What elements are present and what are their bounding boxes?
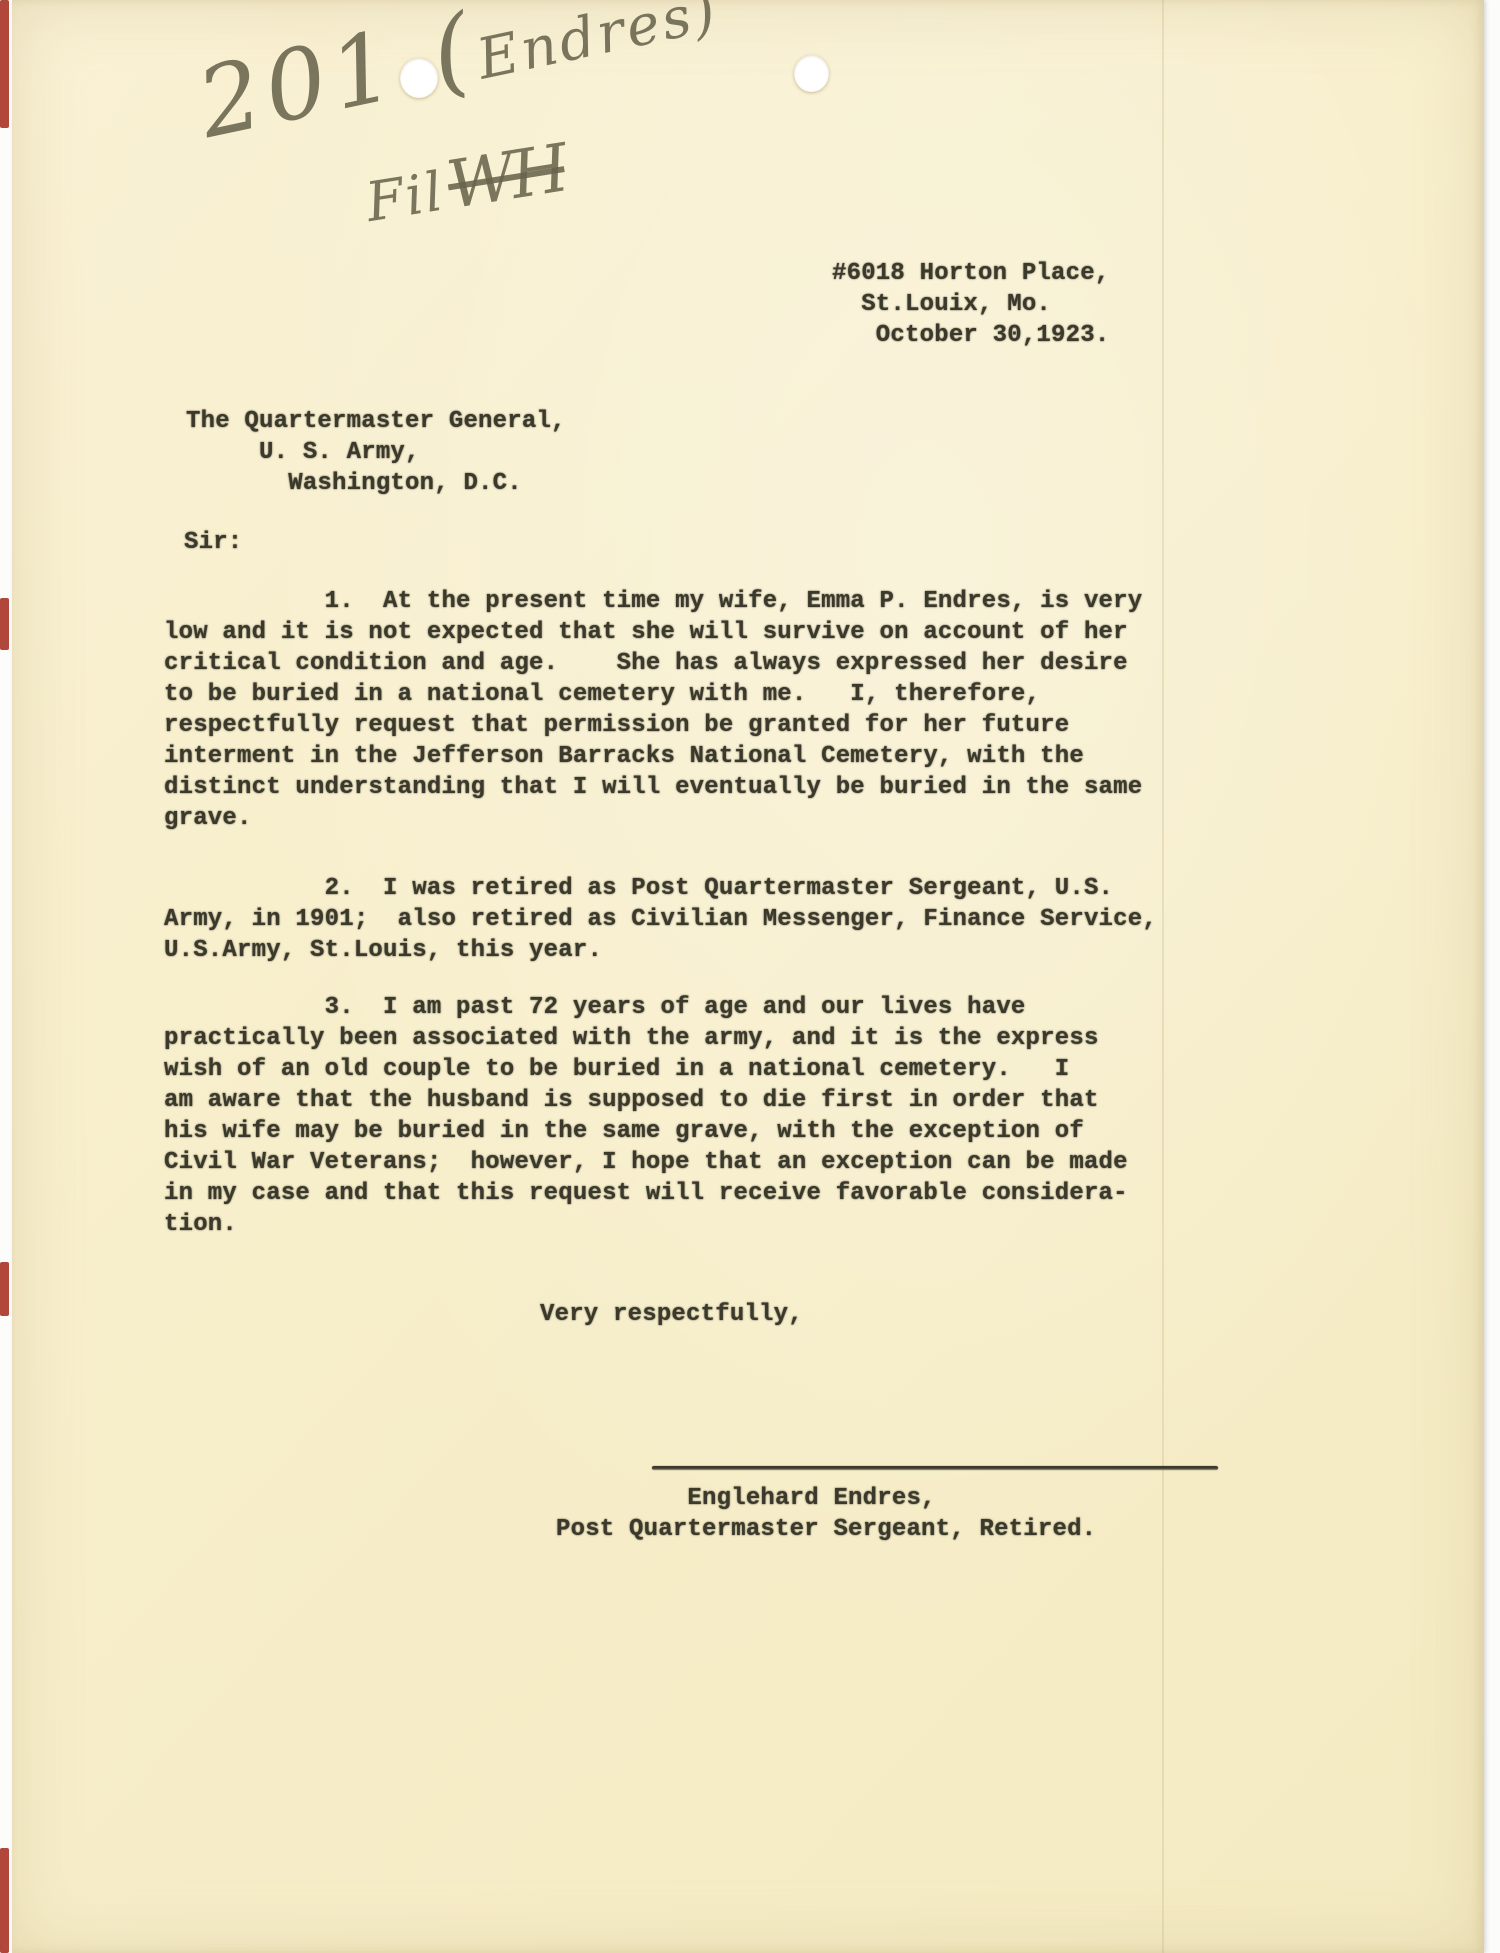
- underlying-page-edge-mark: [0, 598, 9, 650]
- scan-right-edge: [1483, 0, 1500, 1953]
- salutation: Sir:: [184, 527, 242, 558]
- sender-address-block: #6018 Horton Place, St.Louix, Mo. Octobe…: [832, 258, 1109, 351]
- underlying-page-edge-mark: [0, 0, 9, 128]
- filed-word-text: Fil: [362, 160, 449, 234]
- underlying-page-edge-mark: [0, 1848, 9, 1953]
- signature-block: Englehard Endres, Post Quartermaster Ser…: [556, 1483, 1096, 1545]
- inside-address-block: The Quartermaster General, U. S. Army, W…: [186, 406, 566, 499]
- body-paragraph-2: 2. I was retired as Post Quartermaster S…: [164, 873, 1157, 966]
- complimentary-closing: Very respectfully,: [540, 1299, 803, 1330]
- letter-paper: [12, 0, 1484, 1953]
- scanned-letter: 201 (Endres) Fil WH #6018 Horton Place, …: [0, 0, 1500, 1953]
- body-paragraph-1: 1. At the present time my wife, Emma P. …: [164, 586, 1142, 834]
- paper-crease: [1162, 0, 1164, 1953]
- underlying-page-edge-mark: [0, 1262, 9, 1316]
- signature-rule: [652, 1466, 1218, 1470]
- body-paragraph-3: 3. I am past 72 years of age and our liv…: [164, 992, 1128, 1240]
- punch-hole: [794, 55, 829, 92]
